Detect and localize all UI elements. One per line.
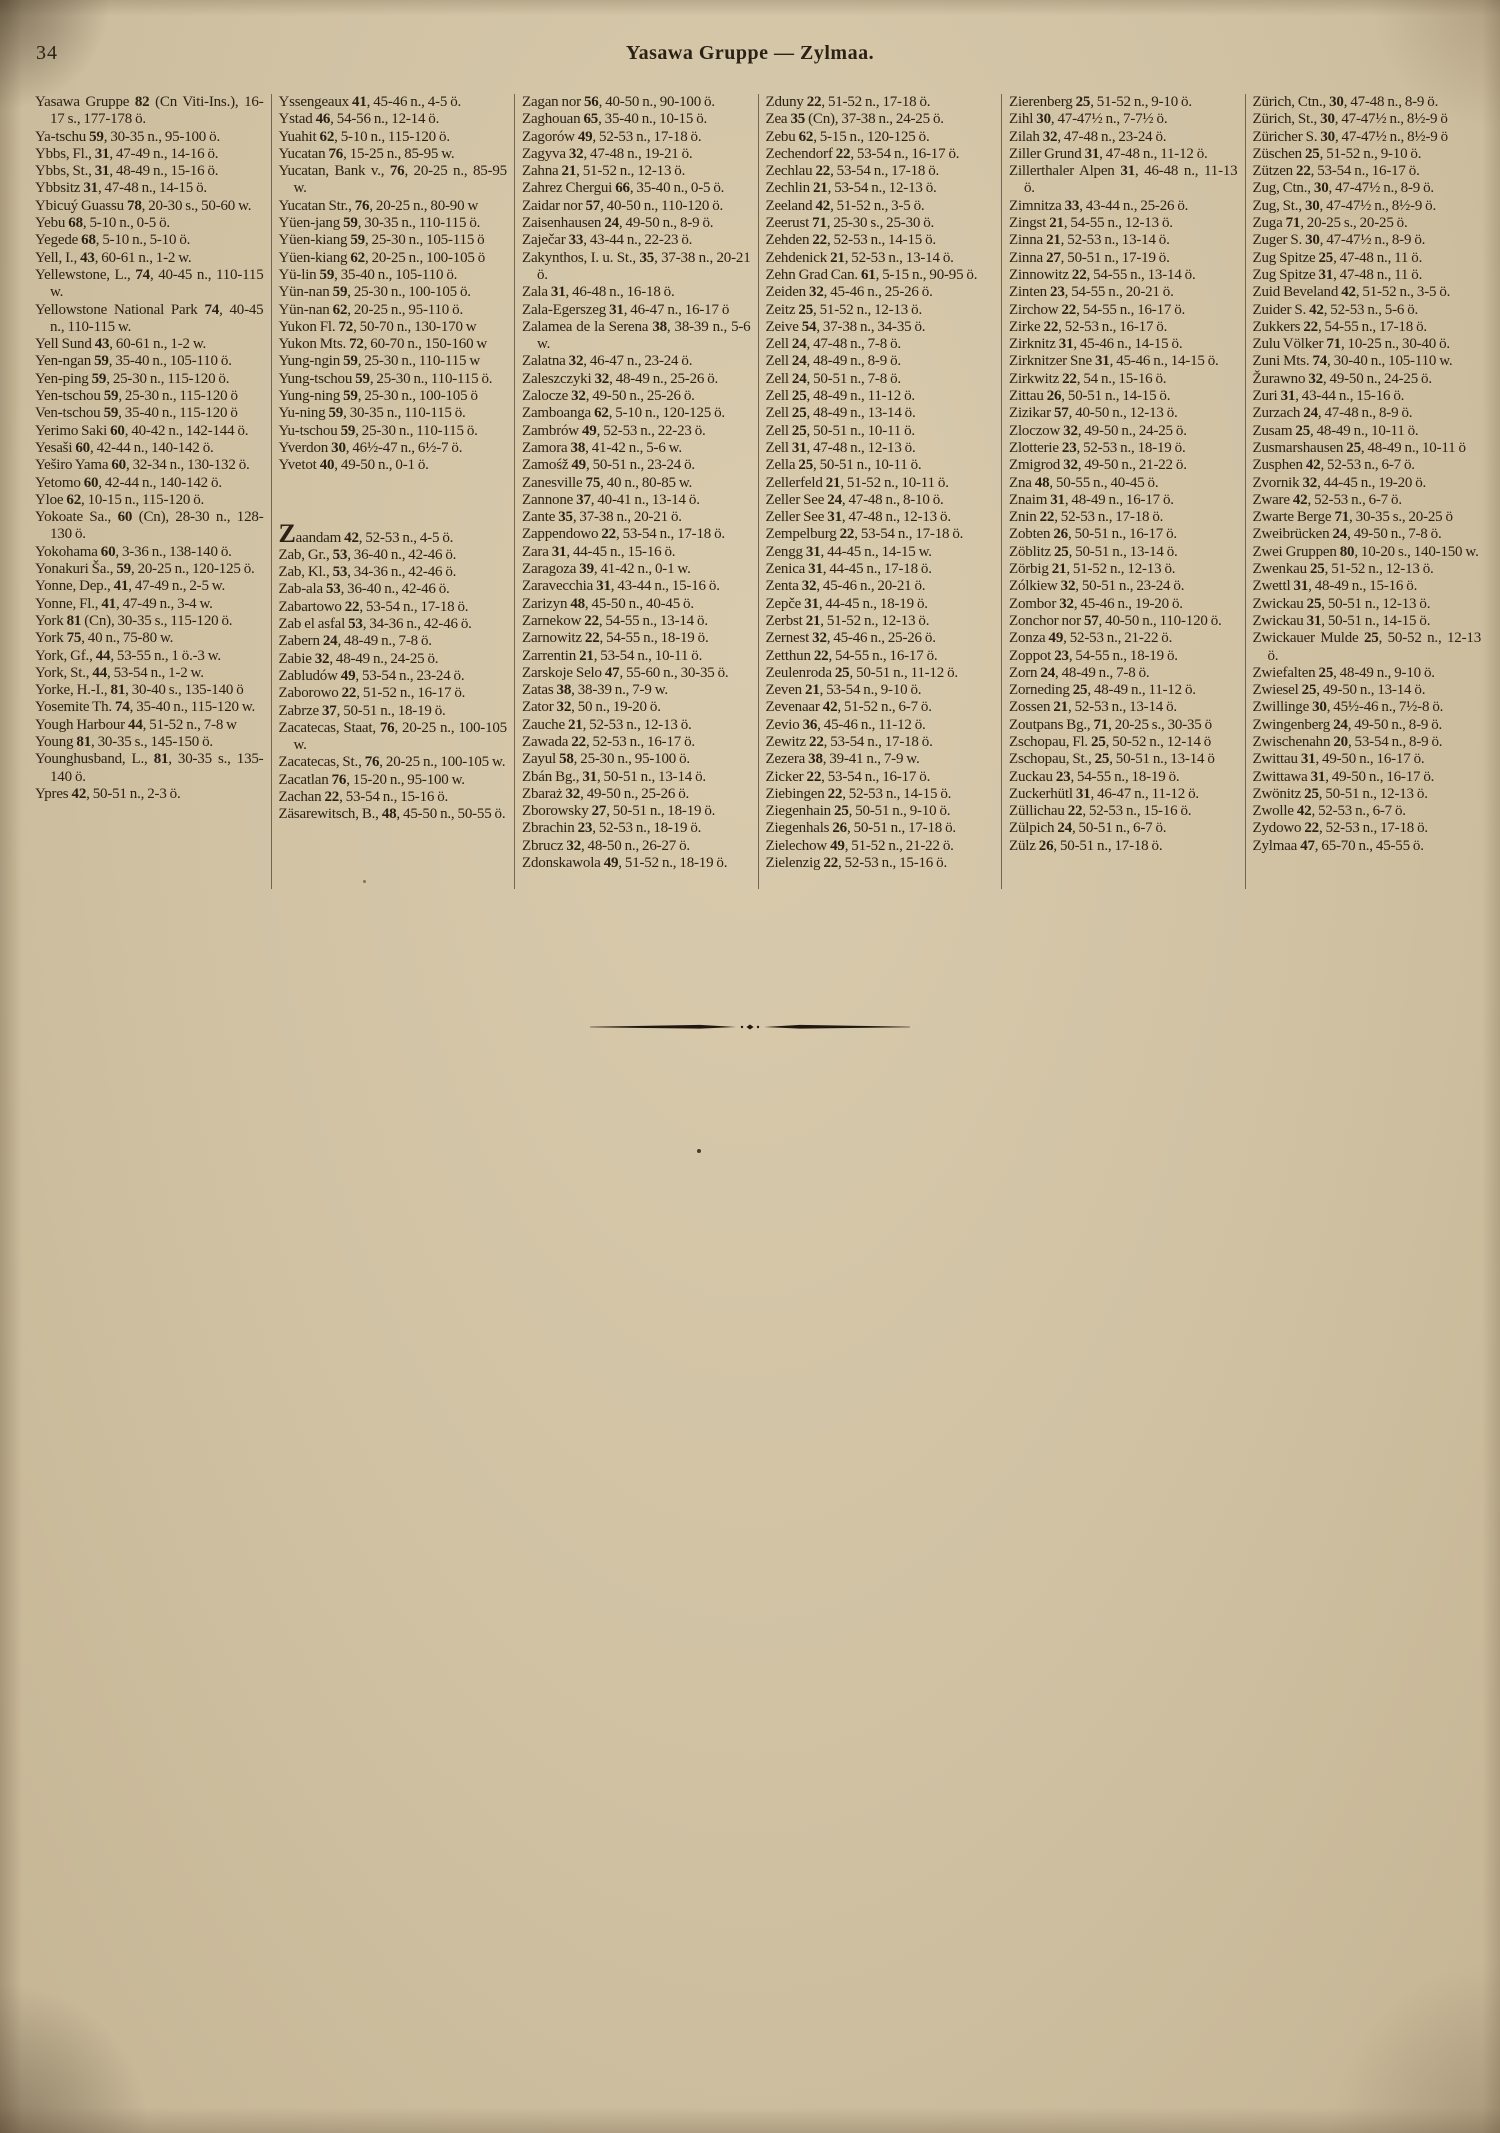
place-name: Zara: [522, 544, 549, 560]
place-name: Zwei Gruppen: [1253, 544, 1337, 560]
map-page-number: 33: [1065, 198, 1080, 214]
index-entry: Zschopau, Fl. 25, 50-52 n., 12-14 ö: [1009, 734, 1238, 751]
coordinates: , 5-10 n., 115-120 ö.: [334, 129, 450, 145]
index-entry: Zell 25, 48-49 n., 13-14 ö.: [766, 405, 995, 422]
coordinates: , 30-40 n., 105-110 w.: [1327, 353, 1452, 369]
coordinates: , 40-50 n., 110-120 ö.: [600, 198, 723, 214]
index-entry: Zusam 25, 48-49 n., 10-11 ö.: [1253, 423, 1482, 440]
index-entry: Zarnowitz 22, 54-55 n., 18-19 ö.: [522, 630, 751, 647]
coordinates: , 52-53 n., 13-14 ö.: [1061, 232, 1170, 248]
map-page-number: 30: [331, 440, 346, 456]
coordinates: , 46-47 n., 16-17 ö: [624, 302, 729, 318]
index-entry: Zusphen 42, 52-53 n., 6-7 ö.: [1253, 457, 1482, 474]
index-entry: Zannone 37, 40-41 n., 13-14 ö.: [522, 492, 751, 509]
coordinates: (Cn), 30-35 s., 115-120 ö.: [81, 613, 232, 629]
map-page-number: 62: [594, 405, 609, 421]
index-entry: Zug, St., 30, 47-47½ n., 8½-9 ö.: [1253, 198, 1482, 215]
map-page-number: 22: [325, 789, 340, 805]
index-entry: Zehden 22, 52-53 n., 14-15 ö.: [766, 232, 995, 249]
map-page-number: 21: [826, 475, 841, 491]
place-name: Zawada: [522, 734, 568, 750]
map-page-number: 53: [326, 581, 341, 597]
coordinates: , 54-55 n., 20-21 ö.: [1065, 284, 1174, 300]
place-name: Znin: [1009, 509, 1037, 525]
place-name: Yuahit: [279, 129, 317, 145]
coordinates: , 50-51 n., 17-19 ö.: [1061, 250, 1170, 266]
map-page-number: 71: [1286, 215, 1301, 231]
place-name: Yorke, H.-I.,: [35, 682, 107, 698]
place-name: Zwittawa: [1253, 769, 1308, 785]
map-page-number: 32: [1059, 596, 1074, 612]
place-name: Zaandam: [279, 530, 342, 546]
coordinates: , 50-51 n., 10-11 ö.: [807, 423, 915, 439]
coordinates: , 15-25 n., 85-95 w.: [343, 146, 454, 162]
index-entry: Zirkwitz 22, 54 n., 15-16 ö.: [1009, 371, 1238, 388]
coordinates: , 25-30 n., 110-115 ö.: [370, 371, 492, 387]
place-name: Zell: [766, 423, 789, 439]
place-name: Yukon Mts.: [279, 336, 347, 352]
index-entry: Zell 25, 50-51 n., 10-11 ö.: [766, 423, 995, 440]
coordinates: , 50-51 n., 23-24 ö.: [1075, 578, 1184, 594]
coordinates: , 5-10 n., 5-10 ö.: [96, 232, 190, 248]
map-page-number: 81: [154, 751, 169, 767]
index-entry: Zahrez Chergui 66, 35-40 n., 0-5 ö.: [522, 180, 751, 197]
index-entry: Zware 42, 52-53 n., 6-7 ö.: [1253, 492, 1482, 509]
place-name: Zilah: [1009, 129, 1040, 145]
index-entry: Zloczow 32, 49-50 n., 24-25 ö.: [1009, 423, 1238, 440]
map-page-number: 31: [1307, 613, 1322, 629]
coordinates: , 3-36 n., 138-140 ö.: [115, 544, 231, 560]
place-name: Yu-tschou: [279, 423, 338, 439]
place-name: Zützen: [1253, 163, 1293, 179]
map-page-number: 22: [585, 630, 600, 646]
map-page-number: 24: [1057, 820, 1072, 836]
index-entry: Yucatan, Bank v., 76, 20-25 n., 85-95 w.: [279, 163, 508, 198]
index-entry: Zuckau 23, 54-55 n., 18-19 ö.: [1009, 769, 1238, 786]
map-page-number: 48: [1035, 475, 1050, 491]
place-name: Zarskoje Selo: [522, 665, 602, 681]
map-page-number: 76: [332, 772, 347, 788]
place-name: Zalatna: [522, 353, 566, 369]
coordinates: , 40-50 n., 110-120 ö.: [1099, 613, 1222, 629]
map-page-number: 59: [92, 371, 107, 387]
place-name: Zoutpans Bg.,: [1009, 717, 1090, 733]
coordinates: , 51-52 n., 12-13 ö.: [820, 613, 929, 629]
index-entry: Zeller See 31, 47-48 n., 12-13 ö.: [766, 509, 995, 526]
coordinates: , 50-51 n., 13-14 ö: [1109, 751, 1214, 767]
place-name: Zehdenick: [766, 250, 828, 266]
coordinates: , 54-55 n., 16-17 ö.: [1076, 302, 1185, 318]
index-entry: Zwickau 25, 50-51 n., 12-13 ö.: [1253, 596, 1482, 613]
index-entry: Zachan 22, 53-54 n., 15-16 ö.: [279, 789, 508, 806]
map-page-number: 30: [1314, 180, 1329, 196]
index-entry: Zylmaa 47, 65-70 n., 45-55 ö.: [1253, 838, 1482, 855]
map-page-number: 25: [1076, 94, 1091, 110]
place-name: Zusphen: [1253, 457, 1303, 473]
index-entry: Zarizyn 48, 45-50 n., 40-45 ö.: [522, 596, 751, 613]
place-name: Yüen-kiang: [279, 250, 348, 266]
coordinates: , 36-40 n., 42-46 ö.: [347, 547, 456, 563]
map-page-number: 26: [832, 820, 847, 836]
map-page-number: 22: [1061, 302, 1076, 318]
map-page-number: 22: [836, 146, 851, 162]
map-page-number: 31: [1281, 388, 1296, 404]
map-page-number: 24: [827, 492, 842, 508]
coordinates: , 54-55 n., 18-19 ö.: [1070, 769, 1179, 785]
coordinates: , 50-51 n., 16-17 ö.: [1068, 526, 1177, 542]
coordinates: , 54-55 n., 13-14 ö.: [1087, 267, 1196, 283]
index-entry: Zuni Mts. 74, 30-40 n., 105-110 w.: [1253, 353, 1482, 370]
index-entry: Zaghouan 65, 35-40 n., 10-15 ö.: [522, 111, 751, 128]
place-name: Zamośž: [522, 457, 568, 473]
dropcap-initial: Z: [279, 519, 296, 548]
place-name: Ystad: [279, 111, 313, 127]
place-name: Ybbsitz: [35, 180, 80, 196]
place-name: Yokohama: [35, 544, 98, 560]
index-entry: Zierenberg 25, 51-52 n., 9-10 ö.: [1009, 94, 1238, 111]
map-page-number: 49: [582, 423, 597, 439]
index-entry: Zab, Kl., 53, 34-36 n., 42-46 ö.: [279, 564, 508, 581]
map-page-number: 31: [1301, 751, 1316, 767]
place-name: Zechlin: [766, 180, 810, 196]
coordinates: , 41-42 n., 5-6 w.: [585, 440, 682, 456]
place-name: Zylmaa: [1253, 838, 1298, 854]
map-page-number: 61: [861, 267, 876, 283]
index-entry: Zützen 22, 53-54 n., 16-17 ö.: [1253, 163, 1482, 180]
index-entry: Zauche 21, 52-53 n., 12-13 ö.: [522, 717, 751, 734]
place-name: Zab, Kl.,: [279, 564, 330, 580]
map-page-number: 25: [1073, 682, 1088, 698]
map-page-number: 32: [569, 146, 584, 162]
coordinates: , 45-46 n., 25-26 ö.: [827, 630, 936, 646]
coordinates: , 54 n., 15-16 ö.: [1077, 371, 1167, 387]
coordinates: , 53-54 n., 16-17 ö.: [1311, 163, 1420, 179]
place-name: Zólkiew: [1009, 578, 1058, 594]
index-entry: Zorn 24, 48-49 n., 7-8 ö.: [1009, 665, 1238, 682]
coordinates: , 10-25 n., 30-40 ö.: [1341, 336, 1450, 352]
place-name: Zechendorf: [766, 146, 833, 162]
index-entry: Zaravecchia 31, 43-44 n., 15-16 ö.: [522, 578, 751, 595]
index-entry: Zernest 32, 45-46 n., 25-26 ö.: [766, 630, 995, 647]
coordinates: , 53-54 n., 17-18 ö.: [830, 163, 939, 179]
coordinates: , 45-46 n., 19-20 ö.: [1074, 596, 1183, 612]
map-page-number: 42: [1293, 492, 1308, 508]
index-entry: Zeerust 71, 25-30 s., 25-30 ö.: [766, 215, 995, 232]
index-entry: Ziegenhals 26, 50-51 n., 17-18 ö.: [766, 820, 995, 837]
coordinates: , 53-54 n., 16-17 ö.: [850, 146, 959, 162]
index-entry: Zirchow 22, 54-55 n., 16-17 ö.: [1009, 302, 1238, 319]
place-name: Yüen-kiang: [279, 232, 348, 248]
map-page-number: 24: [323, 633, 338, 649]
index-entry: York, St., 44, 53-54 n., 1-2 w.: [35, 665, 264, 682]
map-page-number: 43: [80, 250, 95, 266]
map-page-number: 49: [578, 129, 593, 145]
coordinates: , 54-55 n., 12-13 ö.: [1064, 215, 1173, 231]
map-page-number: 41: [352, 94, 367, 110]
place-name: Zorn: [1009, 665, 1037, 681]
place-name: Zwickau: [1253, 613, 1304, 629]
coordinates: , 51-52 n., 12-13 ö.: [813, 302, 922, 318]
map-page-number: 42: [823, 699, 838, 715]
index-entry: Yebu 68, 5-10 n., 0-5 ö.: [35, 215, 264, 232]
coordinates: , 51-52 n., 12-13 ö.: [1325, 561, 1434, 577]
place-name: Yetomo: [35, 475, 81, 491]
map-page-number: 25: [798, 302, 813, 318]
coordinates: , 48-49 n., 25-26 ö.: [609, 371, 718, 387]
place-name: Zschopau, St.,: [1009, 751, 1092, 767]
coordinates: , 49-50 n., 16-17 ö.: [1315, 751, 1424, 767]
index-entry: Zusmarshausen 25, 48-49 n., 10-11 ö: [1253, 440, 1482, 457]
index-entry: Zacatlan 76, 15-20 n., 95-100 w.: [279, 772, 508, 789]
map-page-number: 59: [341, 423, 356, 439]
map-page-number: 62: [333, 302, 348, 318]
place-name: Yen-tschou: [35, 388, 101, 404]
map-page-number: 59: [333, 284, 348, 300]
index-entry: Yü-lin 59, 35-40 n., 105-110 ö.: [279, 267, 508, 284]
map-page-number: 25: [834, 803, 849, 819]
index-entry: Zwei Gruppen 80, 10-20 s., 140-150 w.: [1253, 544, 1482, 561]
place-name: Zloczow: [1009, 423, 1060, 439]
coordinates: , 45-46 n., 14-15 ö.: [1110, 353, 1219, 369]
place-name: Yeširo Yama: [35, 457, 108, 473]
coordinates: , 50-51 n., 12-13 ö.: [1321, 596, 1430, 612]
coordinates: , 52-53 n., 18-19 ö.: [1077, 440, 1186, 456]
index-entry: Zittau 26, 50-51 n., 14-15 ö.: [1009, 388, 1238, 405]
place-name: Zduny: [766, 94, 804, 110]
coordinates: , 30-35 n., 95-100 ö.: [104, 129, 220, 145]
coordinates: , 48-49 n., 16-17 ö.: [1065, 492, 1174, 508]
map-page-number: 22: [828, 786, 843, 802]
map-page-number: 75: [67, 630, 82, 646]
place-name: Zborowsky: [522, 803, 589, 819]
place-name: Zwiefalten: [1253, 665, 1316, 681]
coordinates: , 47-47½ n., 8-9 ö.: [1320, 232, 1425, 248]
coordinates: , 50-51 n., 14-15 ö.: [1061, 388, 1170, 404]
coordinates: , 49-50 n., 25-26 ö.: [580, 786, 689, 802]
map-page-number: 47: [1300, 838, 1315, 854]
index-entry: Yasawa Gruppe 82 (Cn Viti-Ins.), 16-17 s…: [35, 94, 264, 129]
index-entry: Znaim 31, 48-49 n., 16-17 ö.: [1009, 492, 1238, 509]
coordinates: , 52-53 n., 5-6 ö.: [1324, 302, 1418, 318]
place-name: Yosemite Th.: [35, 699, 112, 715]
index-entry: Züllichau 22, 52-53 n., 15-16 ö.: [1009, 803, 1238, 820]
index-entry: Zinten 23, 54-55 n., 20-21 ö.: [1009, 284, 1238, 301]
index-entry: Zug Spitze 25, 47-48 n., 11 ö.: [1253, 250, 1482, 267]
coordinates: , 30-40 s., 135-140 ö: [125, 682, 243, 698]
coordinates: , 50-51 n., 11-12 ö.: [849, 665, 957, 681]
place-name: Zarnowitz: [522, 630, 582, 646]
place-name: Zaghouan: [522, 111, 580, 127]
index-entry: Zerbst 21, 51-52 n., 12-13 ö.: [766, 613, 995, 630]
index-entry: Zbaraż 32, 49-50 n., 25-26 ö.: [522, 786, 751, 803]
map-page-number: 42: [72, 786, 87, 802]
place-name: Zimnitza: [1009, 198, 1062, 214]
index-entry: Zagyva 32, 47-48 n., 19-21 ö.: [522, 146, 751, 163]
coordinates: , 42-44 n., 140-142 ö.: [90, 440, 214, 456]
map-page-number: 41: [114, 578, 129, 594]
map-page-number: 42: [1309, 302, 1324, 318]
index-entry: Zarrentin 21, 53-54 n., 10-11 ö.: [522, 648, 751, 665]
coordinates: , 51-52 n., 18-19 ö.: [618, 855, 727, 871]
index-entry: Zvornik 32, 44-45 n., 19-20 ö.: [1253, 475, 1482, 492]
index-entry: Yegede 68, 5-10 n., 5-10 ö.: [35, 232, 264, 249]
coordinates: , 54-55 n., 18-19 ö.: [600, 630, 709, 646]
index-entry: Zamora 38, 41-42 n., 5-6 w.: [522, 440, 751, 457]
coordinates: , 30-35 s., 20-25 ö: [1349, 509, 1453, 525]
index-entry: Zeven 21, 53-54 n., 9-10 ö.: [766, 682, 995, 699]
index-entry: Yorke, H.-I., 81, 30-40 s., 135-140 ö: [35, 682, 264, 699]
index-entry: Zydowo 22, 52-53 n., 17-18 ö.: [1253, 820, 1482, 837]
index-entry: Zehdenick 21, 52-53 n., 13-14 ö.: [766, 250, 995, 267]
coordinates: , 45-46 n., 11-12 ö.: [817, 717, 925, 733]
place-name: Zetthun: [766, 648, 811, 664]
index-entry: Zülz 26, 50-51 n., 17-18 ö.: [1009, 838, 1238, 855]
map-page-number: 42: [815, 198, 830, 214]
map-page-number: 56: [584, 94, 599, 110]
index-entry: Zarskoje Selo 47, 55-60 n., 30-35 ö.: [522, 665, 751, 682]
place-name: Zusam: [1253, 423, 1293, 439]
index-entry: Züricher S. 30, 47-47½ n., 8½-9 ö: [1253, 129, 1482, 146]
place-name: Zug, Ctn.,: [1253, 180, 1311, 196]
place-name: Zuni Mts.: [1253, 353, 1310, 369]
map-page-number: 44: [96, 648, 111, 664]
map-page-number: 23: [1062, 440, 1077, 456]
index-entry: Yvetot 40, 49-50 n., 0-1 ö.: [279, 457, 508, 474]
index-entry: Ypres 42, 50-51 n., 2-3 ö.: [35, 786, 264, 803]
index-entry: Zurzach 24, 47-48 n., 8-9 ö.: [1253, 405, 1482, 422]
index-entry: Zarnekow 22, 54-55 n., 13-14 ö.: [522, 613, 751, 630]
coordinates: , 51-52 n., 9-10 ö.: [1320, 146, 1422, 162]
place-name: Zatas: [522, 682, 553, 698]
coordinates: , 52-53 n., 6-7 ö.: [1307, 492, 1401, 508]
map-page-number: 39: [579, 561, 594, 577]
coordinates: , 40-41 n., 13-14 ö.: [591, 492, 700, 508]
index-entry: Zabern 24, 48-49 n., 7-8 ö.: [279, 633, 508, 650]
index-entry: Yukon Fl. 72, 50-70 n., 130-170 w: [279, 319, 508, 336]
place-name: Zenica: [766, 561, 806, 577]
map-page-number: 49: [571, 457, 586, 473]
place-name: Zinna: [1009, 232, 1043, 248]
map-page-number: 25: [1364, 630, 1379, 646]
place-name: Yung-tschou: [279, 371, 353, 387]
coordinates: , 39-41 n., 7-9 w.: [823, 751, 920, 767]
index-entry: Zuger S. 30, 47-47½ n., 8-9 ö.: [1253, 232, 1482, 249]
place-name: Zeiden: [766, 284, 806, 300]
coordinates: , 20-25 n., 120-125 ö.: [131, 561, 255, 577]
index-entry: Ven-tschou 59, 35-40 n., 115-120 ö: [35, 405, 264, 422]
index-entry: Zörbig 21, 51-52 n., 12-13 ö.: [1009, 561, 1238, 578]
map-page-number: 49: [604, 855, 619, 871]
place-name: Zacatlan: [279, 772, 329, 788]
coordinates: , 49-50 n., 21-22 ö.: [1078, 457, 1187, 473]
index-entry: Zinnowitz 22, 54-55 n., 13-14 ö.: [1009, 267, 1238, 284]
place-name: Zaisenhausen: [522, 215, 601, 231]
place-name: Yloe: [35, 492, 63, 508]
index-entry: Young 81, 30-35 s., 145-150 ö.: [35, 734, 264, 751]
index-entry: Yüen-kiang 59, 25-30 n., 105-115 ö: [279, 232, 508, 249]
place-name: Yegede: [35, 232, 78, 248]
index-column-3: Zagan nor 56, 40-50 n., 90-100 ö.Zaghoua…: [514, 94, 758, 889]
index-entry: Zwittawa 31, 49-50 n., 16-17 ö.: [1253, 769, 1482, 786]
place-name: Zeller See: [766, 509, 825, 525]
index-entry: Zewitz 22, 53-54 n., 17-18 ö.: [766, 734, 995, 751]
map-page-number: 49: [830, 838, 845, 854]
map-page-number: 22: [812, 232, 827, 248]
index-entry: Zaragoza 39, 41-42 n., 0-1 w.: [522, 561, 751, 578]
coordinates: , 41-42 n., 0-1 w.: [594, 561, 691, 577]
place-name: Žurawno: [1253, 371, 1306, 387]
coordinates: , 50 n., 19-20 ö.: [571, 699, 661, 715]
map-page-number: 32: [571, 388, 586, 404]
coordinates: , 45-46 n., 25-26 ö.: [824, 284, 933, 300]
coordinates: , 46-47 n., 23-24 ö.: [583, 353, 692, 369]
place-name: Zonchor nor: [1009, 613, 1081, 629]
map-page-number: 33: [569, 232, 584, 248]
index-entry: Yesaši 60, 42-44 n., 140-142 ö.: [35, 440, 264, 457]
map-page-number: 22: [840, 526, 855, 542]
coordinates: , 52-53 n., 16-17 ö.: [1058, 319, 1167, 335]
index-entry: Zossen 21, 52-53 n., 13-14 ö.: [1009, 699, 1238, 716]
index-entry: Yung-ning 59, 25-30 n., 100-105 ö: [279, 388, 508, 405]
coordinates: , 47-47½ n., 8½-9 ö.: [1320, 198, 1437, 214]
place-name: Zabludów: [279, 668, 338, 684]
coordinates: , 30-35 s., 145-150 ö.: [91, 734, 213, 750]
coordinates: , 46½-47 n., 6½-7 ö.: [346, 440, 463, 456]
place-name: Yonne, Dep.,: [35, 578, 111, 594]
map-page-number: 36: [803, 717, 818, 733]
place-name: Zell: [766, 371, 789, 387]
map-page-number: 31: [1318, 267, 1333, 283]
map-page-number: 42: [1306, 457, 1321, 473]
index-entry: Zamboanga 62, 5-10 n., 120-125 ö.: [522, 405, 751, 422]
coordinates: , 51-52 n., 12-13 ö.: [1066, 561, 1175, 577]
place-name: Zirchow: [1009, 302, 1058, 318]
index-entry: Yung-tschou 59, 25-30 n., 110-115 ö.: [279, 371, 508, 388]
index-entry: Zengg 31, 44-45 n., 14-15 w.: [766, 544, 995, 561]
map-page-number: 38: [808, 751, 823, 767]
place-name: Zdonskawola: [522, 855, 601, 871]
place-name: Yell Sund: [35, 336, 92, 352]
coordinates: , 25-30 s., 25-30 ö.: [827, 215, 934, 231]
coordinates: , 52-53 n., 13-14 ö.: [845, 250, 954, 266]
index-entry: Zschopau, St., 25, 50-51 n., 13-14 ö: [1009, 751, 1238, 768]
index-entry: Zalatna 32, 46-47 n., 23-24 ö.: [522, 353, 751, 370]
place-name: Zusmarshausen: [1253, 440, 1344, 456]
map-page-number: 31: [552, 544, 567, 560]
map-page-number: 38: [557, 682, 572, 698]
index-entry: Zilah 32, 47-48 n., 23-24 ö.: [1009, 129, 1238, 146]
place-name: Zydowo: [1253, 820, 1302, 836]
place-name: Zwarte Berge: [1253, 509, 1332, 525]
index-entry: Yün-nan 62, 20-25 n., 95-110 ö.: [279, 302, 508, 319]
map-page-number: 82: [135, 94, 150, 110]
coordinates: , 48-49 n., 10-11 ö.: [1310, 423, 1418, 439]
index-entry: Zielechow 49, 51-52 n., 21-22 ö.: [766, 838, 995, 855]
coordinates: , 52-53 n., 13-14 ö.: [1068, 699, 1177, 715]
map-page-number: 74: [1312, 353, 1327, 369]
coordinates: , 34-36 n., 42-46 ö.: [347, 564, 456, 580]
map-page-number: 59: [320, 267, 335, 283]
coordinates: , 47-47½ n., 8½-9 ö: [1335, 111, 1448, 127]
index-entry: Yüen-kiang 62, 20-25 n., 100-105 ö: [279, 250, 508, 267]
coordinates: , 47-48 n., 23-24 ö.: [1057, 129, 1166, 145]
index-entry: Zweibrücken 24, 49-50 n., 7-8 ö.: [1253, 526, 1482, 543]
coordinates: , 47-48 n., 19-21 ö.: [583, 146, 692, 162]
index-entry: Zante 35, 37-38 n., 20-21 ö.: [522, 509, 751, 526]
coordinates: , 50-51 n., 10-11 ö.: [813, 457, 921, 473]
index-entry: Zab, Gr., 53, 36-40 n., 42-46 ö.: [279, 547, 508, 564]
coordinates: , 50-51 n., 2-3 ö.: [86, 786, 180, 802]
